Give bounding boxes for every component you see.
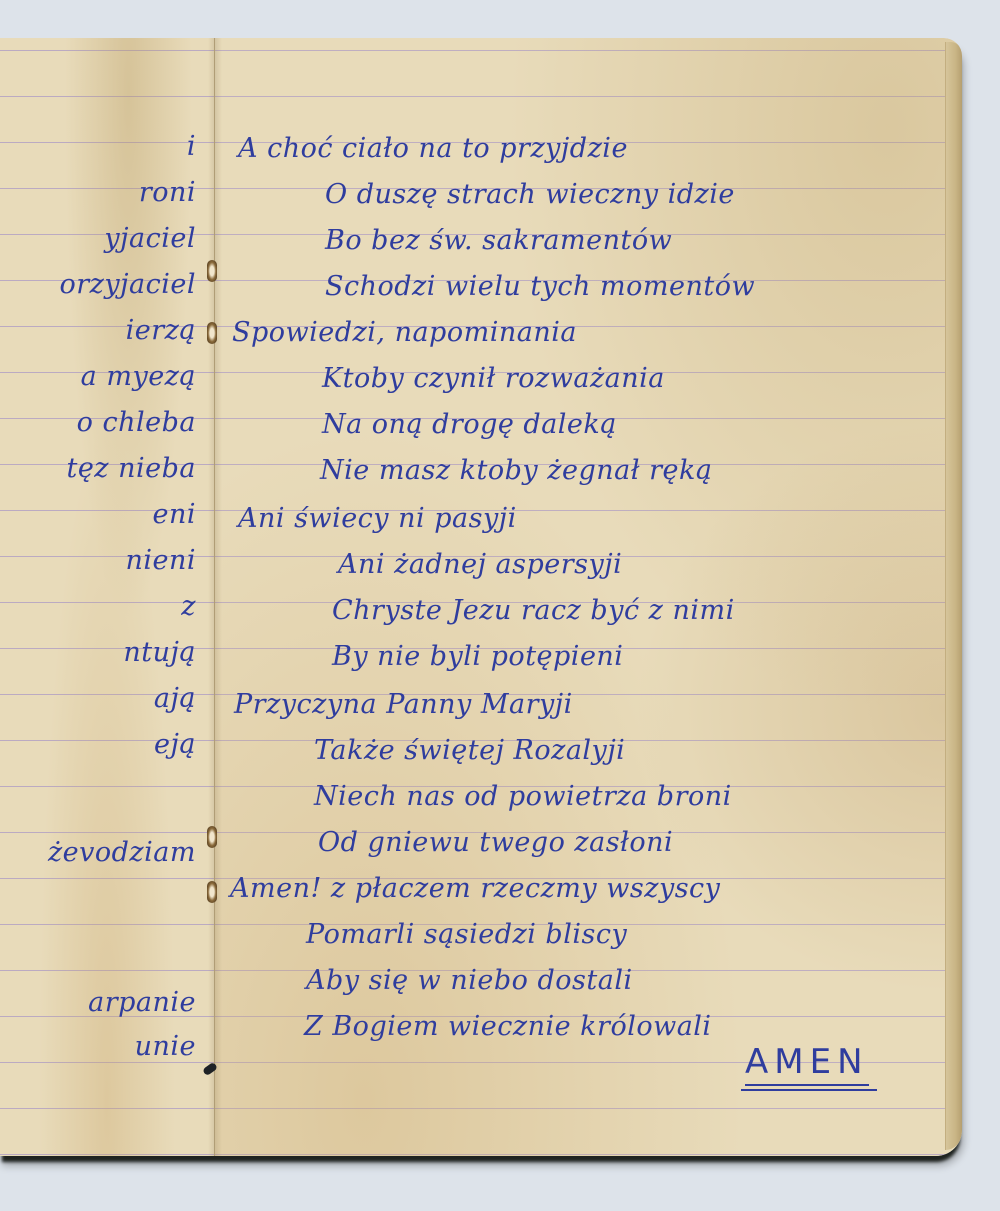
poem-line: Ani żadnej aspersyji xyxy=(338,542,622,588)
poem-line: Chryste Jezu racz być z nimi xyxy=(332,588,735,634)
poem-line: Bo bez św. sakramentów xyxy=(325,218,672,264)
poem: A choć ciało na to przyjdzie O duszę str… xyxy=(0,126,1000,1066)
closing-amen: AMEN xyxy=(745,1042,869,1086)
poem-line: O duszę strach wieczny idzie xyxy=(325,172,735,218)
poem-line: Także świętej Rozalyji xyxy=(314,728,625,774)
poem-line: Amen! z płaczem rzeczmy wszyscy xyxy=(230,866,720,912)
poem-line: Od gniewu twego zasłoni xyxy=(318,820,673,866)
poem-line: Ktoby czynił rozważania xyxy=(322,356,665,402)
poem-line: Na oną drogę daleką xyxy=(322,402,617,448)
poem-line: A choć ciało na to przyjdzie xyxy=(238,126,628,172)
poem-line: Spowiedzi, napominania xyxy=(232,310,577,356)
poem-line: Nie masz ktoby żegnał ręką xyxy=(320,448,712,494)
poem-line: Ani świecy ni pasyji xyxy=(238,496,517,542)
poem-line: Pomarli sąsiedzi bliscy xyxy=(306,912,627,958)
poem-line: Niech nas od powietrza broni xyxy=(314,774,732,820)
poem-line: By nie byli potępieni xyxy=(332,634,623,680)
poem-line: Z Bogiem wiecznie królowali xyxy=(304,1004,712,1050)
poem-line: Schodzi wielu tych momentów xyxy=(325,264,755,310)
poem-line: Aby się w niebo dostali xyxy=(306,958,633,1004)
poem-line: Przyczyna Panny Maryji xyxy=(234,682,573,728)
